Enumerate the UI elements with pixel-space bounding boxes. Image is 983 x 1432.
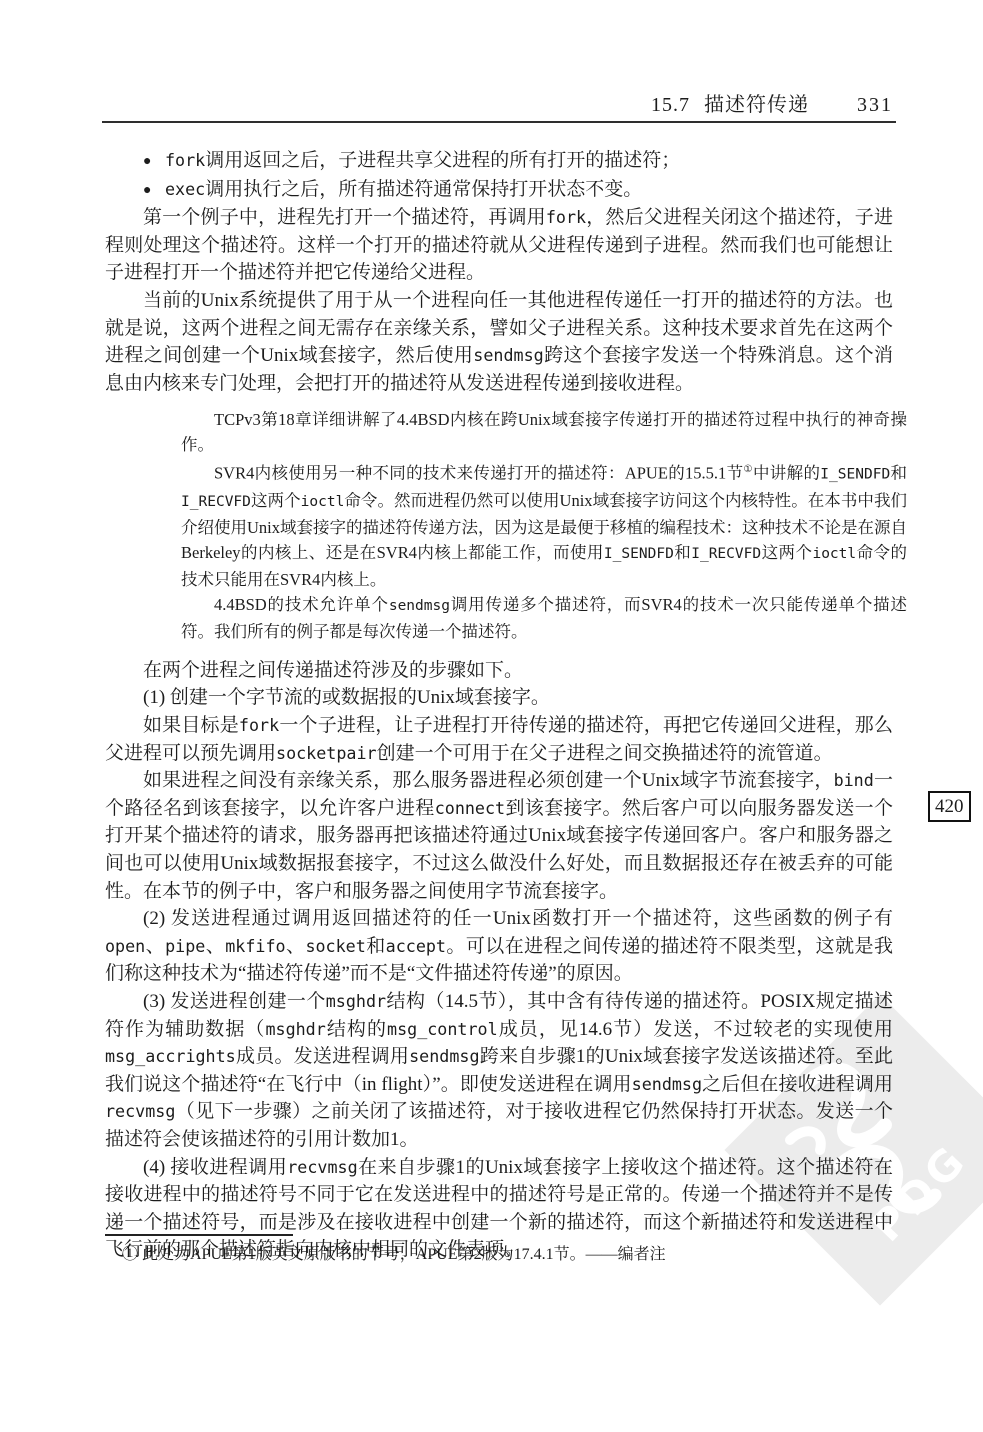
text-segment: msg_accrights [105, 1046, 236, 1066]
text-segment: I_SENDFD [604, 546, 674, 562]
text-segment: (2) 发送进程通过调用返回描述符的任一Unix函数打开一个描述符，这些函数的例… [143, 908, 893, 929]
text-segment: 和 [674, 543, 691, 562]
text-segment: 结构的 [326, 1019, 387, 1040]
margin-page-marker: 420 [928, 791, 971, 822]
text-segment: SVR4内核使用另一种不同的技术来传递打开的描述符：APUE的15.5.1节 [214, 464, 743, 483]
header-section-title: 描述符传递 [704, 94, 809, 116]
text-segment: recvmsg [287, 1157, 357, 1177]
text-segment: mkfifo [225, 936, 285, 956]
text-segment: 、 [205, 936, 225, 957]
para-block: (1) 创建一个字节流的或数据报的Unix域套接字。 [105, 684, 893, 712]
text-segment: (4) 接收进程调用 [143, 1157, 287, 1178]
text-segment: 这两个 [761, 543, 812, 562]
text-segment: 之后但在接收进程调用 [702, 1074, 893, 1095]
text-segment: msghdr [326, 991, 386, 1011]
text-segment: recvmsg [105, 1101, 175, 1121]
text-segment: I_RECVFD [181, 494, 251, 510]
para-block: (2) 发送进程通过调用返回描述符的任一Unix函数打开一个描述符，这些函数的例… [105, 905, 893, 988]
text-segment: 4.4BSD的技术允许单个 [214, 595, 389, 614]
text-segment: 和 [366, 936, 386, 957]
text-segment: (1) 创建一个字节流的或数据报的Unix域套接字。 [143, 687, 550, 708]
text-segment: connect [435, 798, 505, 818]
note-block: SVR4内核使用另一种不同的技术来传递打开的描述符：APUE的15.5.1节①中… [181, 457, 907, 592]
text-segment: msghdr [265, 1019, 325, 1039]
text-segment: 如果目标是 [143, 715, 239, 736]
text-segment: sendmsg [632, 1074, 702, 1094]
text-segment: 成员。发送进程调用 [236, 1046, 409, 1067]
text-segment: sendmsg [389, 598, 450, 614]
running-header: 15.7描述符传递331 [105, 88, 893, 117]
text-segment: 如果进程之间没有亲缘关系，那么服务器进程必须创建一个Unix域字节流套接字， [143, 770, 834, 791]
text-segment: ioctl [812, 546, 856, 562]
text-segment: 这两个 [251, 491, 301, 510]
header-page-number: 331 [857, 94, 893, 116]
text-segment: sendmsg [473, 345, 543, 365]
text-segment: 调用执行之后，所有描述符通常保持打开状态不变。 [205, 179, 642, 200]
text-segment: fork [546, 207, 586, 227]
footnote-divider [105, 1234, 293, 1236]
bullet-block: ●fork调用返回之后，子进程共享父进程的所有打开的描述符； [143, 147, 893, 176]
text-segment: I_SENDFD [820, 467, 890, 483]
text-segment: 第一个例子中，进程先打开一个描述符，再调用 [143, 207, 546, 228]
text-segment: 中讲解的 [753, 464, 820, 483]
text-segment: open [105, 936, 145, 956]
text-segment: socket [305, 936, 365, 956]
book-page: PDG 15.7描述符传递331 ●fork调用返回之后，子进程共享父进程的所有… [0, 0, 983, 1432]
para-block: (3) 发送进程创建一个msghdr结构（14.5节），其中含有待传递的描述符。… [105, 988, 893, 1154]
text-segment: 调用返回之后，子进程共享父进程的所有打开的描述符； [205, 150, 680, 171]
text-segment: ① [743, 464, 753, 475]
text-segment: (3) 发送进程创建一个 [143, 991, 326, 1012]
text-segment: 和 [890, 464, 907, 483]
text-segment: pipe [165, 936, 205, 956]
text-segment: accept [386, 936, 446, 956]
para-block: 如果目标是fork一个子进程，让子进程打开待传递的描述符，再把它传递回父进程，那… [105, 712, 893, 767]
footnote-text: ① 此处为APUE第1版英文原版书的节号，APUE第2版为17.4.1节。——编… [122, 1243, 822, 1267]
bullet-icon: ● [143, 148, 165, 176]
text-segment: sendmsg [409, 1046, 479, 1066]
para-block: 在两个进程之间传递描述符涉及的步骤如下。 [105, 657, 893, 685]
text-segment: 创建一个可用于在父子进程之间交换描述符的流管道。 [377, 743, 833, 764]
note-block: TCPv3第18章详细讲解了4.4BSD内核在跨Unix域套接字传递打开的描述符… [181, 407, 907, 457]
text-segment: ioctl [301, 494, 345, 510]
bullet-block: ●exec调用执行之后，所有描述符通常保持打开状态不变。 [143, 176, 893, 205]
note-block: 4.4BSD的技术允许单个sendmsg调用传递多个描述符，而SVR4的技术一次… [181, 592, 907, 644]
text-segment: I_RECVFD [691, 546, 761, 562]
text-segment: fork [165, 150, 205, 170]
text-segment: socketpair [276, 743, 377, 763]
text-segment: 在两个进程之间传递描述符涉及的步骤如下。 [143, 660, 523, 681]
header-divider [102, 121, 896, 123]
text-segment: fork [239, 715, 279, 735]
text-segment: 、 [145, 936, 165, 957]
para-block: 第一个例子中，进程先打开一个描述符，再调用fork，然后父进程关闭这个描述符，子… [105, 204, 893, 287]
text-segment: TCPv3第18章详细讲解了4.4BSD内核在跨Unix域套接字传递打开的描述符… [181, 410, 907, 454]
para-block: 当前的Unix系统提供了用于从一个进程向任一其他进程传递任一打开的描述符的方法。… [105, 287, 893, 397]
text-segment: bind [834, 770, 874, 790]
text-segment: 成员，见14.6节）发送，不过较老的实现使用 [498, 1019, 893, 1040]
text-segment: msg_control [387, 1019, 498, 1039]
para-block: 如果进程之间没有亲缘关系，那么服务器进程必须创建一个Unix域字节流套接字，bi… [105, 767, 893, 905]
header-section-number: 15.7 [651, 94, 690, 116]
text-segment: （见下一步骤）之前关闭了该描述符，对于接收进程它仍然保持打开状态。发送一个描述符… [105, 1101, 893, 1150]
text-segment: exec [165, 179, 205, 199]
bullet-icon: ● [143, 177, 165, 205]
content-blocks: ●fork调用返回之后，子进程共享父进程的所有打开的描述符；●exec调用执行之… [105, 147, 893, 1264]
text-segment: 、 [286, 936, 306, 957]
